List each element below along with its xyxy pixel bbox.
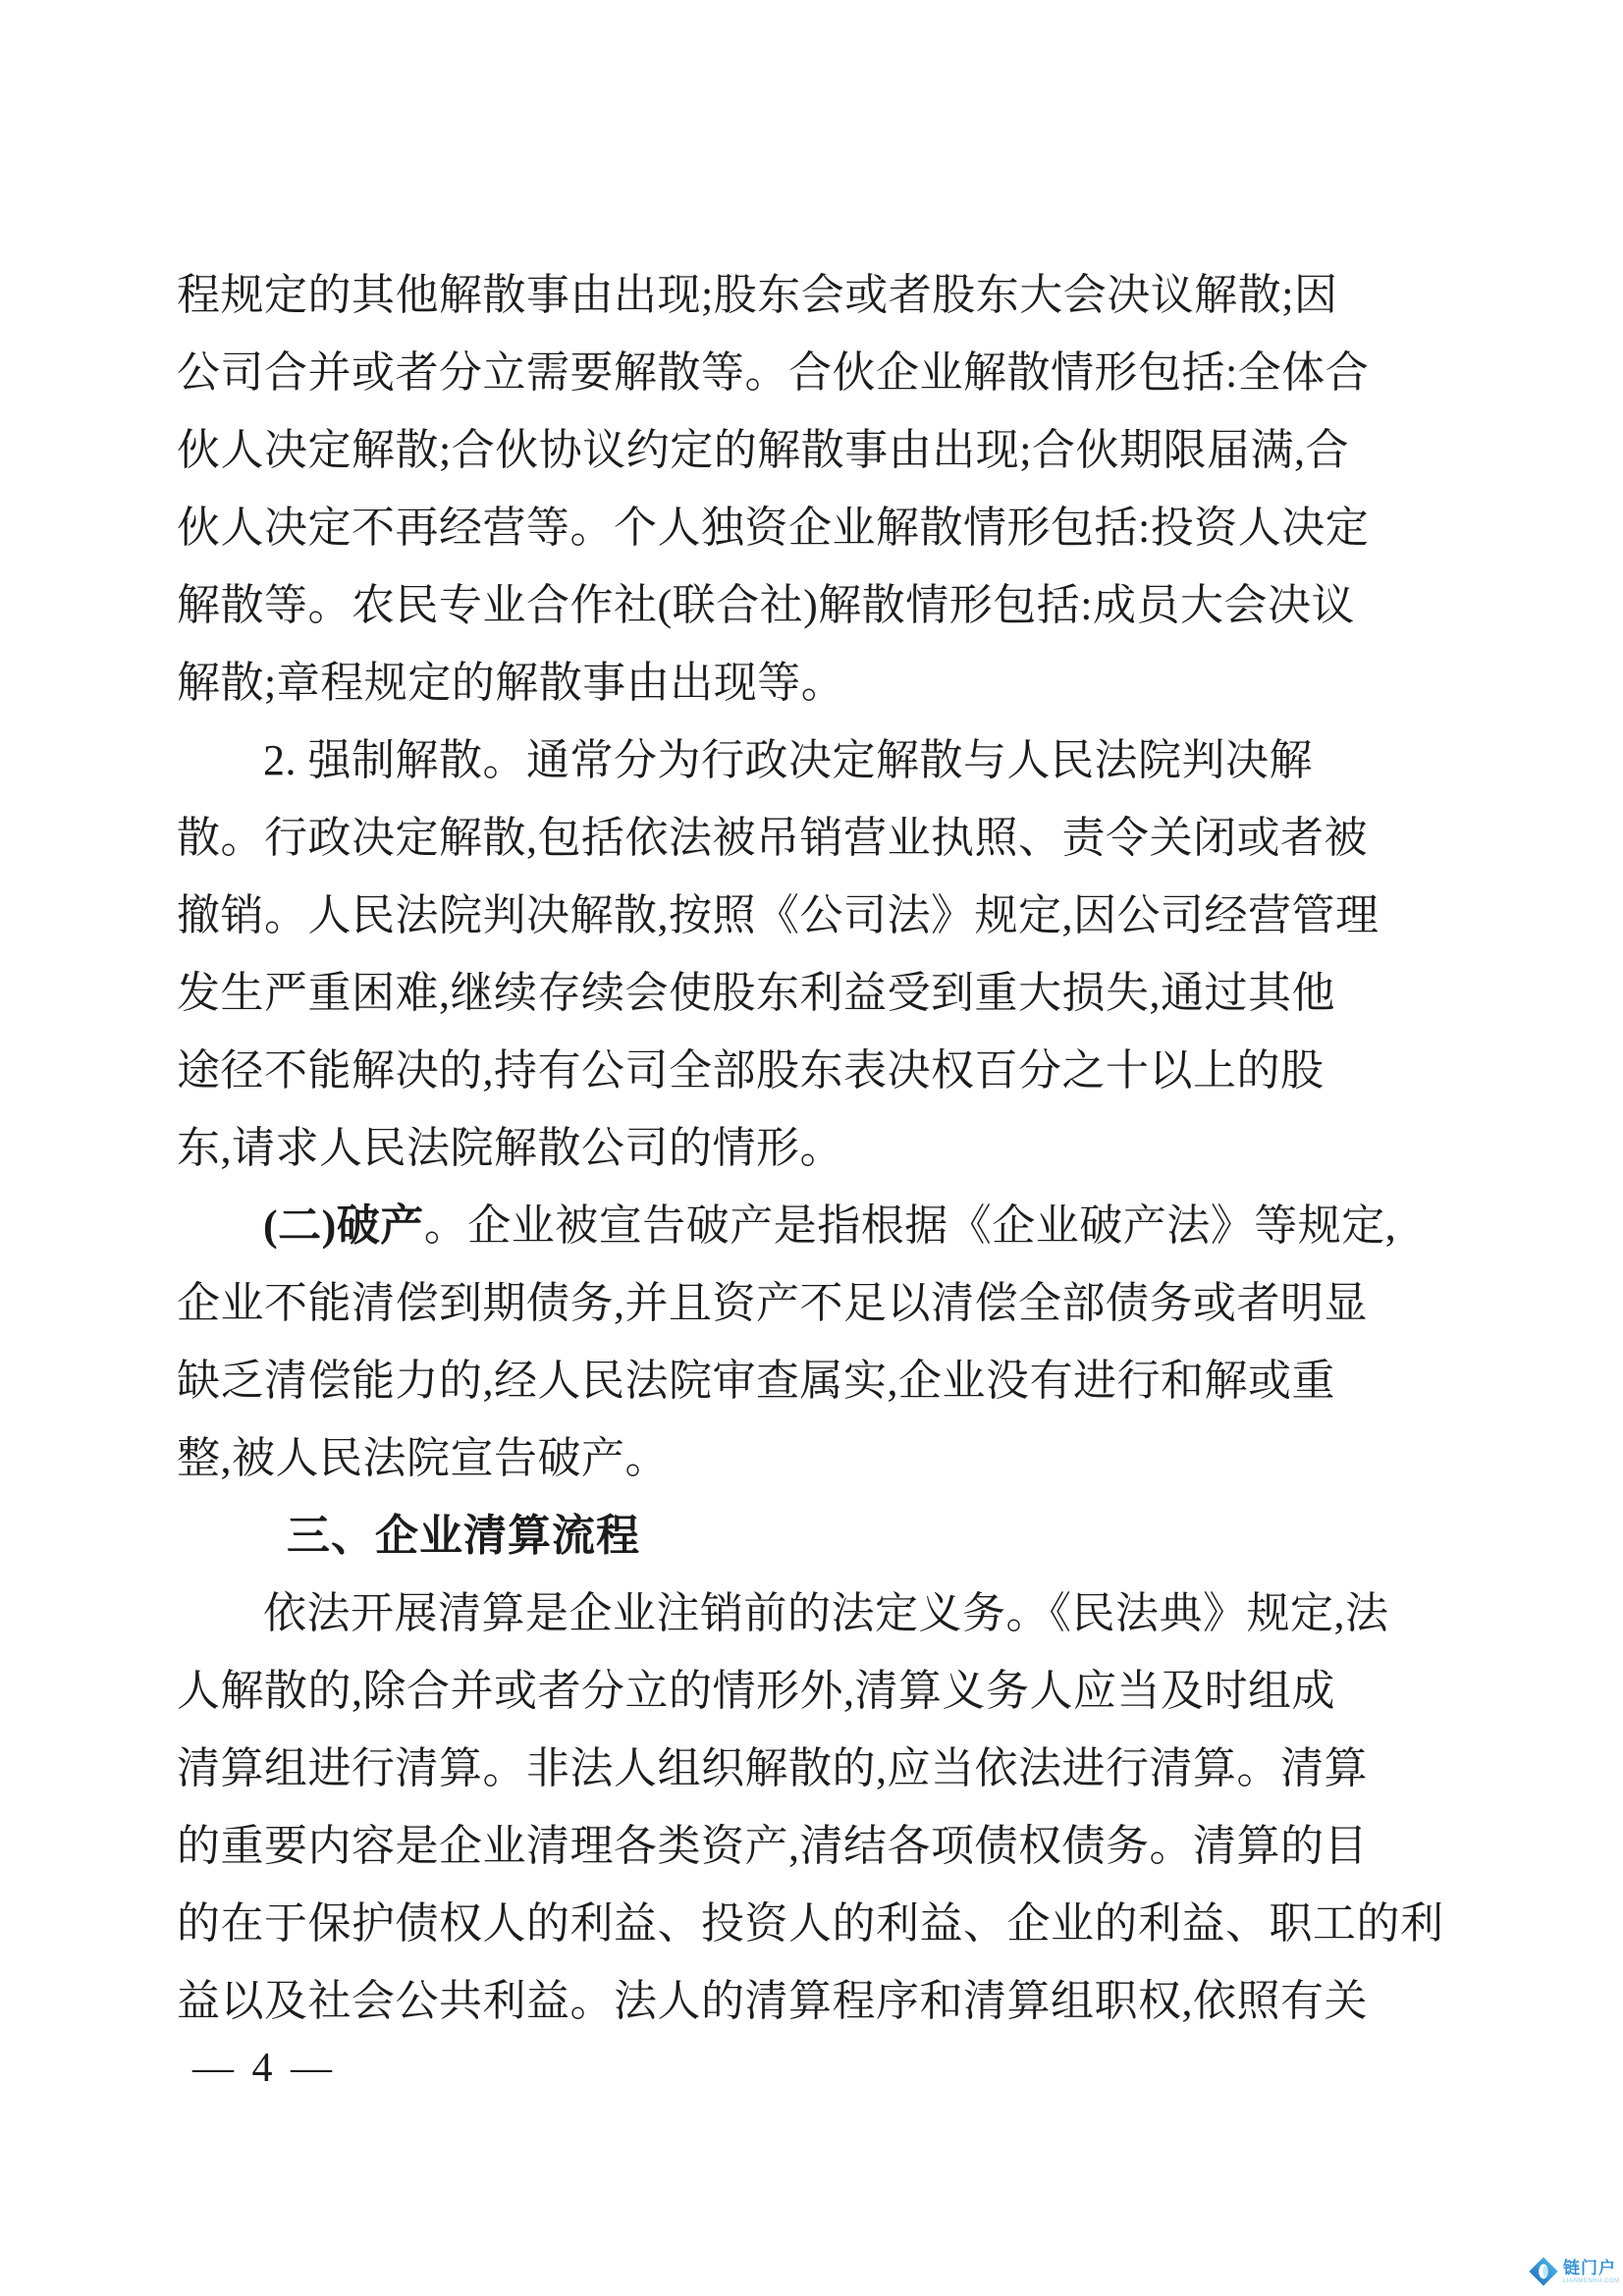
lianmenhu-watermark: 链门户 LIANMENHU.COM: [1528, 2256, 1620, 2287]
paragraph-start-line: (二)破产。企业被宣告破产是指根据《企业破产法》等规定,: [177, 1187, 1404, 1264]
text-line: 解散;章程规定的解散事由出现等。: [177, 644, 1404, 721]
text-line: 缺乏清偿能力的,经人民法院审查属实,企业没有进行和解或重: [177, 1342, 1404, 1419]
text-line: 东,请求人民法院解散公司的情形。: [177, 1109, 1404, 1187]
text-run: 。企业被宣告破产是指根据《企业破产法》等规定,: [424, 1201, 1397, 1250]
paragraph-start-line: 2. 强制解散。通常分为行政决定解散与人民法院判决解: [177, 721, 1404, 799]
text-line: 发生严重困难,继续存续会使股东利益受到重大损失,通过其他: [177, 954, 1404, 1032]
text-line: 伙人决定解散;合伙协议约定的解散事由出现;合伙期限届满,合: [177, 411, 1404, 489]
text-line: 撤销。人民法院判决解散,按照《公司法》规定,因公司经营管理: [177, 877, 1404, 954]
text-line: 益以及社会公共利益。法人的清算程序和清算组职权,依照有关: [177, 1962, 1404, 2040]
text-line: 清算组进行清算。非法人组织解散的,应当依法进行清算。清算: [177, 1730, 1404, 1807]
document-body: 程规定的其他解散事由出现;股东会或者股东大会决议解散;因 公司合并或者分立需要解…: [177, 256, 1404, 2040]
watermark-domain: LIANMENHU.COM: [1563, 2278, 1620, 2284]
text-line: 程规定的其他解散事由出现;股东会或者股东大会决议解散;因: [177, 256, 1404, 334]
text-line: 公司合并或者分立需要解散等。合伙企业解散情形包括:全体合: [177, 334, 1404, 411]
text-line: 解散等。农民专业合作社(联合社)解散情形包括:成员大会决议: [177, 566, 1404, 644]
watermark-text: 链门户 LIANMENHU.COM: [1563, 2260, 1620, 2284]
text-line: 整,被人民法院宣告破产。: [177, 1419, 1404, 1497]
watermark-brand: 链门户: [1563, 2260, 1620, 2276]
page-number: — 4 —: [192, 2045, 336, 2092]
document-page: 程规定的其他解散事由出现;股东会或者股东大会决议解散;因 公司合并或者分立需要解…: [0, 0, 1623, 2296]
text-line: 途径不能解决的,持有公司全部股东表决权百分之十以上的股: [177, 1032, 1404, 1109]
lianmenhu-diamond-logo-icon: [1528, 2256, 1559, 2287]
text-line: 的在于保护债权人的利益、投资人的利益、企业的利益、职工的利: [177, 1885, 1404, 1962]
text-line: 伙人决定不再经营等。个人独资企业解散情形包括:投资人决定: [177, 489, 1404, 566]
text-line: 企业不能清偿到期债务,并且资产不足以清偿全部债务或者明显: [177, 1264, 1404, 1342]
text-line: 的重要内容是企业清理各类资产,清结各项债权债务。清算的目: [177, 1807, 1404, 1885]
paragraph-start-line: 依法开展清算是企业注销前的法定义务。《民法典》规定,法: [177, 1575, 1404, 1652]
section-heading: 三、企业清算流程: [177, 1497, 1404, 1575]
text-line: 人解散的,除合并或者分立的情形外,清算义务人应当及时组成: [177, 1652, 1404, 1730]
bold-run: (二)破产: [263, 1201, 424, 1250]
text-line: 散。行政决定解散,包括依法被吊销营业执照、责令关闭或者被: [177, 799, 1404, 877]
